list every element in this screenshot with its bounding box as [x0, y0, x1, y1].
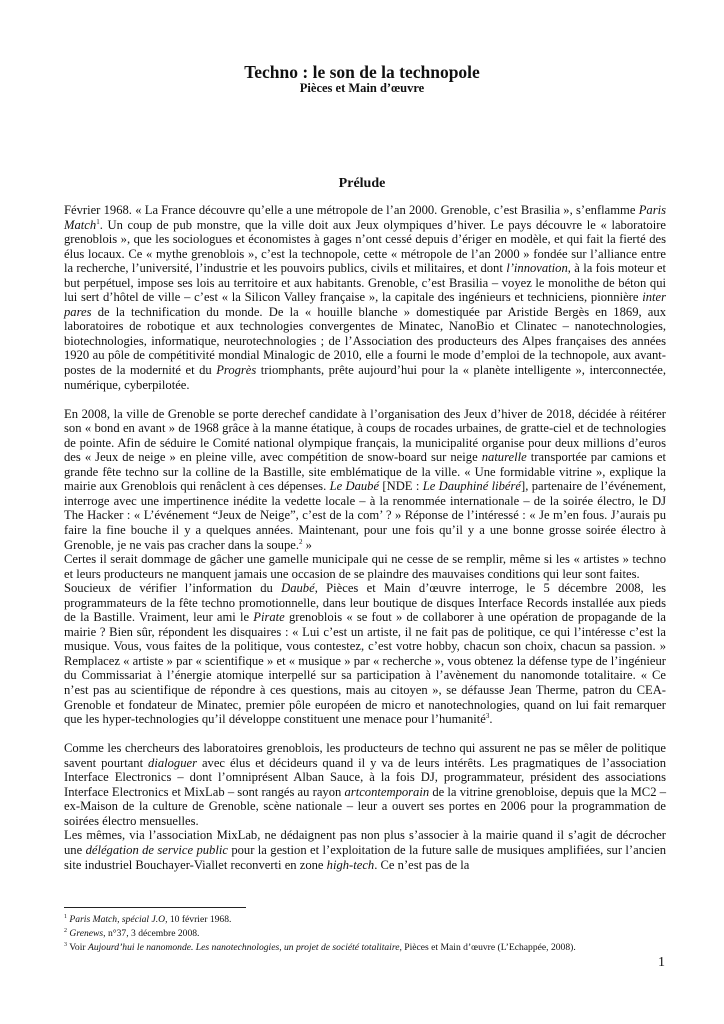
text-run: Février 1968. « La France découvre qu’el…: [64, 203, 639, 217]
text-run: »: [303, 538, 312, 552]
document-title: Techno : le son de la technopole: [0, 62, 724, 82]
italic-run: Le Dauphiné libéré: [423, 479, 521, 493]
section-heading: Prélude: [0, 176, 724, 192]
italic-run: Paris Match, spécial J.O: [69, 914, 165, 925]
italic-run: Progrès: [216, 363, 256, 377]
text-run: , Pièces et Main d’œuvre (L’Echappée, 20…: [399, 942, 575, 953]
footnotes: 1 Paris Match, spécial J.O, 10 février 1…: [64, 913, 664, 956]
footnote-3: 3 Voir Aujourd’hui le nanomonde. Les nan…: [64, 941, 664, 955]
paragraph-2: En 2008, la ville de Grenoble se porte d…: [64, 407, 666, 552]
text-run: grenoblois « se fout » de collaborer à u…: [64, 610, 666, 726]
body-text: Février 1968. « La France découvre qu’el…: [64, 203, 666, 872]
italic-run: Grenews: [69, 928, 103, 939]
italic-run: Aujourd’hui le nanomonde. Les nanotechno…: [88, 942, 399, 953]
paragraph-5: Comme les chercheurs des laboratoires gr…: [64, 741, 666, 828]
italic-run: dialoguer: [148, 756, 197, 770]
italic-run: Pirate: [253, 610, 284, 624]
page-number: 1: [650, 955, 665, 971]
footnote-number: 2: [64, 928, 67, 934]
italic-run: naturelle: [482, 450, 527, 464]
paragraph-6: Les mêmes, via l’association MixLab, ne …: [64, 828, 666, 872]
paragraph-1: Février 1968. « La France découvre qu’el…: [64, 203, 666, 392]
italic-run: Daubé: [281, 581, 315, 595]
text-run: . Ce n’est pas de la: [374, 858, 469, 872]
document-page: Techno : le son de la technopole Pièces …: [0, 0, 724, 1024]
text-run: , n°37, 3 décembre 2008.: [103, 928, 199, 939]
footnote-1: 1 Paris Match, spécial J.O, 10 février 1…: [64, 913, 664, 927]
paragraph-3: Certes il serait dommage de gâcher une g…: [64, 552, 666, 581]
document-author: Pièces et Main d’œuvre: [0, 81, 724, 96]
italic-run: l’innovation: [506, 261, 568, 275]
footnote-number: 3: [64, 942, 67, 948]
text-run: [NDE :: [379, 479, 423, 493]
text-run: , 10 février 1968.: [165, 914, 231, 925]
footnote-number: 1: [64, 914, 67, 920]
italic-run: artcontemporain: [345, 785, 430, 799]
text-run: .: [489, 712, 492, 726]
footnote-2: 2 Grenews, n°37, 3 décembre 2008.: [64, 927, 664, 941]
paragraph-4: Soucieux de vérifier l’information du Da…: [64, 581, 666, 726]
text-run: Voir: [69, 942, 88, 953]
italic-run: délégation de service public: [86, 843, 228, 857]
text-run: Certes il serait dommage de gâcher une g…: [64, 552, 666, 581]
italic-run: high-tech: [327, 858, 375, 872]
footnote-separator: [64, 907, 246, 908]
italic-run: Le Daubé: [330, 479, 380, 493]
text-run: Soucieux de vérifier l’information du: [64, 581, 281, 595]
